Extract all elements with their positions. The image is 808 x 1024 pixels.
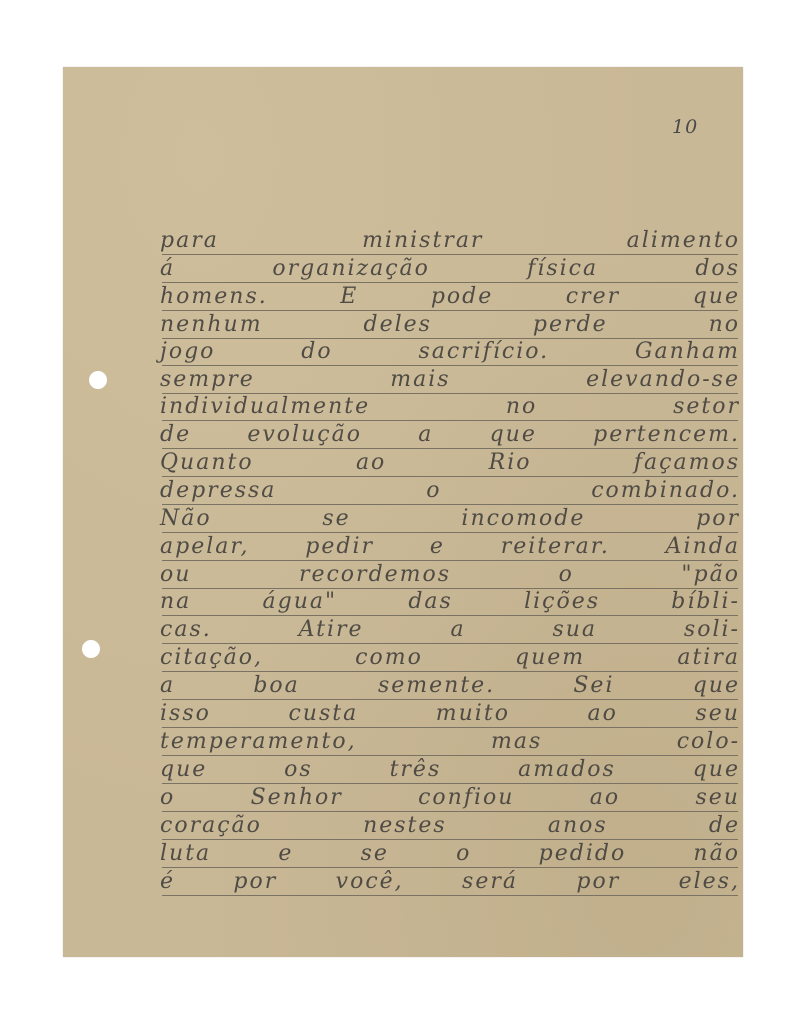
handwritten-word: não xyxy=(693,842,740,870)
text-line: ourecordemoso"pão xyxy=(160,563,740,591)
text-line: homens.Epodecrerque xyxy=(160,285,740,313)
handwritten-word: á xyxy=(160,257,175,285)
handwritten-word: semente. xyxy=(378,674,495,702)
handwritten-word: se xyxy=(361,842,389,870)
handwritten-word: elevando-se xyxy=(586,368,740,396)
handwritten-word: três xyxy=(390,758,442,786)
handwritten-word: ministrar xyxy=(362,229,483,257)
text-line: oSenhorconfiouaoseu xyxy=(160,786,740,814)
handwritten-word: física xyxy=(527,257,598,285)
handwritten-word: mais xyxy=(390,368,450,396)
handwritten-word: ao xyxy=(590,786,620,814)
handwritten-word: para xyxy=(160,229,219,257)
handwritten-word: recordemos xyxy=(299,563,451,591)
handwritten-word: seu xyxy=(695,786,739,814)
handwritten-word: atira xyxy=(677,646,740,674)
handwritten-word: homens. xyxy=(160,285,268,313)
handwritten-word: os xyxy=(284,758,313,786)
text-line: coraçãonestesanosde xyxy=(160,814,740,842)
text-line: naágua"dasliçõesbíbli- xyxy=(160,590,740,618)
handwritten-word: individualmente xyxy=(160,395,370,423)
handwritten-word: luta xyxy=(160,842,211,870)
handwritten-word: jogo xyxy=(160,340,215,368)
handwritten-word: sempre xyxy=(160,368,255,396)
handwritten-word: incomode xyxy=(461,507,585,535)
punch-hole-top xyxy=(89,371,107,389)
handwritten-word: Quanto xyxy=(160,451,254,479)
handwritten-word: boa xyxy=(253,674,299,702)
handwritten-word: Senhor xyxy=(251,786,343,814)
handwritten-word: ao xyxy=(356,451,386,479)
text-line: cas.Atireasuasoli- xyxy=(160,618,740,646)
handwritten-word: nenhum xyxy=(160,313,263,341)
handwritten-word: isso xyxy=(160,702,211,730)
handwritten-word: reiterar. xyxy=(501,535,610,563)
handwritten-word: amados xyxy=(518,758,616,786)
text-line: jogodosacrifício.Ganham xyxy=(160,340,740,368)
handwritten-word: organização xyxy=(272,257,430,285)
handwritten-word: será xyxy=(462,870,518,898)
text-line: nenhumdelesperdeno xyxy=(160,313,740,341)
handwritten-word: por xyxy=(576,870,620,898)
handwritten-word: apelar, xyxy=(160,535,249,563)
handwritten-word: ou xyxy=(160,563,191,591)
handwritten-word: por xyxy=(696,507,740,535)
handwritten-word: anos xyxy=(548,814,608,842)
handwritten-word: na xyxy=(160,590,191,618)
handwritten-word: perde xyxy=(533,313,608,341)
handwritten-word: pedir xyxy=(305,535,374,563)
handwritten-word: confiou xyxy=(418,786,514,814)
handwritten-word: o xyxy=(426,479,441,507)
handwritten-word: das xyxy=(408,590,453,618)
handwritten-word: sua xyxy=(552,618,597,646)
handwritten-word: Ainda xyxy=(666,535,740,563)
handwritten-word: evolução xyxy=(247,423,362,451)
handwritten-word: eles, xyxy=(679,870,740,898)
handwritten-word: façamos xyxy=(634,451,740,479)
handwritten-word: do xyxy=(301,340,332,368)
handwritten-word: e xyxy=(430,535,445,563)
handwritten-word: Sei xyxy=(573,674,614,702)
handwritten-word: por xyxy=(233,870,277,898)
handwritten-word: você, xyxy=(336,870,404,898)
text-line: queostrêsamadosque xyxy=(160,758,740,786)
handwritten-word: pertencem. xyxy=(593,423,740,451)
text-line: éporvocê,seráporeles, xyxy=(160,870,740,898)
text-line: issocustamuitoaoseu xyxy=(160,702,740,730)
handwritten-word: de xyxy=(709,814,740,842)
handwritten-word: que xyxy=(490,423,537,451)
handwritten-word: de xyxy=(160,423,191,451)
handwritten-word: e xyxy=(278,842,293,870)
handwritten-word: lições xyxy=(524,590,600,618)
handwritten-word: como xyxy=(355,646,423,674)
handwritten-word: água" xyxy=(263,590,338,618)
text-line: temperamento,mascolo- xyxy=(160,730,740,758)
handwritten-word: colo- xyxy=(677,730,740,758)
handwritten-word: no xyxy=(506,395,537,423)
text-line: QuantoaoRiofaçamos xyxy=(160,451,740,479)
handwritten-word: se xyxy=(322,507,350,535)
page-number: 10 xyxy=(672,116,698,138)
text-line: apelar,pedirereiterar.Ainda xyxy=(160,535,740,563)
handwritten-word: coração xyxy=(160,814,262,842)
handwritten-word: "pão xyxy=(681,563,740,591)
text-line: deevoluçãoaquepertencem. xyxy=(160,423,740,451)
handwritten-word: deles xyxy=(364,313,432,341)
handwritten-word: a xyxy=(160,674,175,702)
handwritten-word: Ganham xyxy=(635,340,740,368)
handwritten-word: seu xyxy=(695,702,739,730)
text-line: sempremaiselevando-se xyxy=(160,368,740,396)
handwritten-word: que xyxy=(160,758,207,786)
handwritten-word: que xyxy=(693,674,740,702)
handwritten-word: setor xyxy=(673,395,740,423)
text-line: áorganizaçãofísicados xyxy=(160,257,740,285)
handwritten-word: pode xyxy=(431,285,493,313)
handwritten-word: que xyxy=(693,758,740,786)
handwritten-word: nestes xyxy=(363,814,447,842)
handwritten-word: Não xyxy=(160,507,212,535)
handwritten-word: depressa xyxy=(160,479,276,507)
handwritten-word: E xyxy=(340,285,358,313)
handwritten-word: cas. xyxy=(160,618,212,646)
handwritten-word: dos xyxy=(695,257,740,285)
handwritten-word: mas xyxy=(491,730,542,758)
handwritten-word: no xyxy=(709,313,740,341)
handwritten-word: o xyxy=(456,842,471,870)
handwritten-word: é xyxy=(160,870,175,898)
handwritten-word: quem xyxy=(515,646,585,674)
text-line: citação,comoquematira xyxy=(160,646,740,674)
handwritten-word: citação, xyxy=(160,646,263,674)
handwritten-word: alimento xyxy=(627,229,740,257)
handwritten-word: soli- xyxy=(684,618,740,646)
text-line: depressaocombinado. xyxy=(160,479,740,507)
handwritten-word: muito xyxy=(436,702,510,730)
handwritten-word: temperamento, xyxy=(160,730,357,758)
text-line: paraministraralimento xyxy=(160,229,740,257)
handwritten-word: pedido xyxy=(539,842,627,870)
handwritten-word: o xyxy=(160,786,175,814)
handwritten-word: Atire xyxy=(299,618,364,646)
text-line: aboasemente.Seique xyxy=(160,674,740,702)
text-line: lutaeseopedidonão xyxy=(160,842,740,870)
handwritten-word: sacrifício. xyxy=(418,340,549,368)
handwritten-word: combinado. xyxy=(591,479,740,507)
handwritten-word: a xyxy=(450,618,465,646)
handwritten-word: bíbli- xyxy=(671,590,740,618)
handwritten-word: que xyxy=(693,285,740,313)
punch-hole-bottom xyxy=(82,640,100,658)
text-line: individualmentenosetor xyxy=(160,395,740,423)
handwritten-word: crer xyxy=(566,285,620,313)
handwritten-word: ao xyxy=(588,702,618,730)
handwritten-word: a xyxy=(418,423,433,451)
handwritten-word: o xyxy=(559,563,574,591)
handwritten-word: Rio xyxy=(489,451,532,479)
text-line: Nãoseincomodepor xyxy=(160,507,740,535)
handwritten-word: custa xyxy=(288,702,358,730)
